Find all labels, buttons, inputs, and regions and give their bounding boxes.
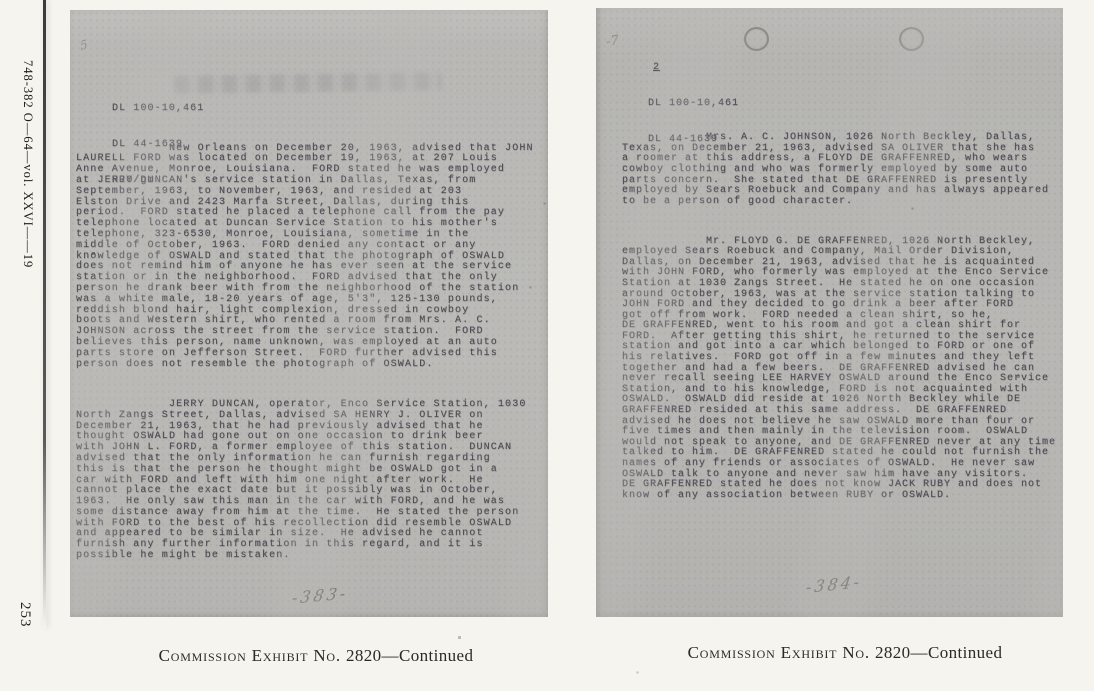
pencil-stray-mark: 5 <box>79 37 88 53</box>
handwritten-page-number: -383- <box>291 583 350 607</box>
paragraph: JERRY DUNCAN, operator, Enco Service Sta… <box>76 400 534 562</box>
report-body: Mrs. A. C. JOHNSON, 1026 North Beckley, … <box>622 112 1056 523</box>
exhibit-caption-title: Commission Exhibit No. <box>688 643 870 662</box>
bleed-through-smudge <box>174 72 442 94</box>
exhibit-caption-number: 2820—Continued <box>875 643 1002 662</box>
left-page: 5 DL 100-10,461 DL 44-1639 HJO/gm New Or… <box>70 10 548 617</box>
binding-gutter-line <box>43 0 46 628</box>
paragraph: Mr. FLOYD G. DE GRAFFENRED, 1026 North B… <box>622 237 1056 502</box>
right-page: -7 2 DL 100-10,461 DL 44-1639 Mrs. A. C.… <box>596 8 1063 617</box>
paragraph: New Orleans on December 20, 1963, advise… <box>76 144 534 371</box>
exhibit-caption: Commission Exhibit No.2820—Continued <box>159 646 474 666</box>
exhibit-caption-number: 2820—Continued <box>346 646 473 665</box>
handwritten-page-number: -384- <box>805 572 864 597</box>
printed-page-number: 253 <box>16 602 33 662</box>
file-number: DL 100-10,461 <box>648 98 739 110</box>
punch-hole-icon <box>899 27 924 51</box>
typed-page-number: 2 <box>653 62 660 73</box>
spine-volume-text: 748-382 O—64—vol. XXVI——19 <box>20 60 35 270</box>
scan-noise-specks <box>0 0 1 1</box>
exhibit-caption-title: Commission Exhibit No. <box>159 646 341 665</box>
paragraph: Mrs. A. C. JOHNSON, 1026 North Beckley, … <box>622 133 1056 207</box>
report-body: New Orleans on December 20, 1963, advise… <box>76 122 534 583</box>
scanned-document-page: 748-382 O—64—vol. XXVI——19 253 5 DL 100-… <box>0 0 1094 691</box>
pencil-stray-mark: -7 <box>606 33 619 50</box>
exhibit-caption: Commission Exhibit No.2820—Continued <box>688 643 1003 663</box>
file-number: DL 100-10,461 <box>112 103 204 115</box>
punch-hole-icon <box>744 27 769 51</box>
